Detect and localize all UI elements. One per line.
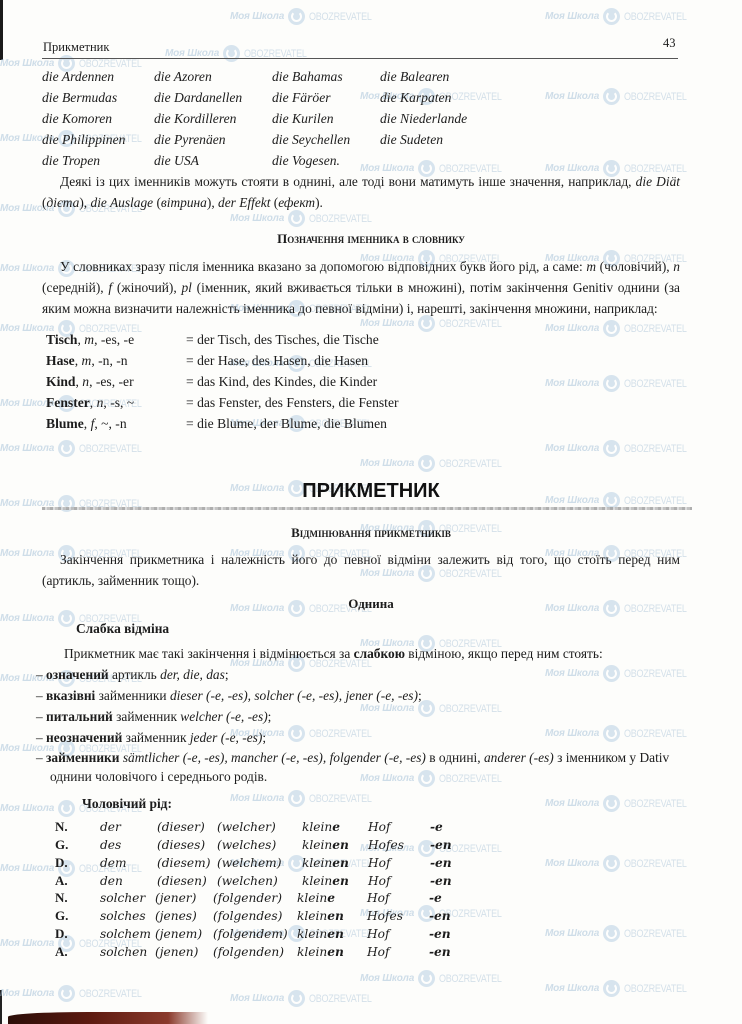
declension-row: D.solchem(jenem)(folgendem)kleinenHof-en [55, 925, 469, 943]
noun-item: die Ardennen [42, 66, 154, 87]
dictionary-intro: У словниках зразу після іменника вказано… [42, 256, 680, 319]
adjective: kleinen [297, 925, 367, 943]
article: solcher [100, 889, 155, 907]
brand-logo-icon [603, 980, 620, 997]
watermark: Моя ШколаOBOZREVATEL [545, 320, 700, 337]
noun-item: die Bermudas [42, 87, 154, 108]
declension-heading: Слабка відміна [76, 621, 169, 637]
ending: -en [429, 925, 469, 943]
brand-logo-icon [603, 925, 620, 942]
dictionary-entry: Blume, f, ~, -n= die Blume, der Blume, d… [46, 413, 399, 434]
noun-item: die USA [154, 150, 272, 171]
declension-table-2: N.solcher(jener)(folgender)kleineHof-eG.… [55, 889, 469, 961]
ending: -e [430, 818, 470, 836]
brand-logo-icon [288, 790, 305, 807]
case-label: N. [55, 889, 100, 907]
noun-row: die Ardennendie Azorendie Bahamasdie Bal… [42, 66, 500, 87]
noun-item: die Azoren [154, 66, 272, 87]
conditions-list-last: – займенники sämtlicher (-e, -es), manch… [36, 748, 686, 786]
ending: -en [430, 854, 470, 872]
case-label: D. [55, 854, 100, 872]
noun-item: die Dardanellen [154, 87, 272, 108]
brand-logo-icon [603, 440, 620, 457]
entry-gender: m [82, 353, 92, 368]
scan-edge [0, 990, 2, 1024]
watermark: Моя ШколаOBOZREVATEL [545, 88, 700, 105]
watermark: Моя ШколаOBOZREVATEL [545, 375, 700, 392]
article: der [100, 818, 157, 836]
noun-item: die Bahamas [272, 66, 380, 87]
watermark: Моя ШколаOBOZREVATEL [545, 795, 700, 812]
declension-row: A.den(diesen)(welchen)kleinenHof-en [55, 872, 470, 890]
scan-artifact [8, 1012, 208, 1024]
declension-row: N.solcher(jener)(folgender)kleineHof-e [55, 889, 469, 907]
noun: Hofes [368, 836, 430, 854]
noun-item: die Komoren [42, 108, 154, 129]
ending: -en [430, 872, 470, 890]
entry-endings: , -es, -er [89, 374, 134, 389]
running-head: Прикметник [43, 40, 109, 55]
dictionary-entry: Hase, m, -n, -n= der Hase, des Hasen, di… [46, 350, 399, 371]
noun: Hof [368, 872, 430, 890]
entry-endings: , -es, -e [94, 332, 134, 347]
noun-item: die Kordilleren [154, 108, 272, 129]
watermark: Моя ШколаOBOZREVATEL [230, 8, 385, 25]
brand-logo-icon [603, 8, 620, 25]
declension-table-1: N.der(dieser)(welcher)kleineHof-eG.des(d… [55, 818, 470, 890]
pronoun-1: (jenen) [155, 943, 213, 961]
case-label: D. [55, 925, 100, 943]
noun: Hofes [367, 907, 429, 925]
noun-item: die Niederlande [380, 108, 500, 129]
masculine-heading: Чоловічий рід: [82, 796, 172, 812]
noun-item: die Tropen [42, 150, 154, 171]
declension-row: A.solchen(jenen)(folgenden)kleinenHof-en [55, 943, 469, 961]
adjective-intro: Закінчення прикметника і належність його… [42, 549, 680, 591]
adjective: kleinen [297, 943, 367, 961]
dictionary-entry: Kind, n, -es, -er= das Kind, des Kindes,… [46, 371, 399, 392]
entry-forms: = der Tisch, des Tisches, die Tische [186, 329, 379, 350]
singular-note: Деякі із цих іменників можуть стояти в о… [42, 171, 680, 213]
noun: Hof [367, 889, 429, 907]
adjective: kleinen [297, 907, 367, 925]
pronoun-2: (folgendem) [213, 925, 297, 943]
ending: -en [429, 907, 469, 925]
entry-word: Blume [46, 416, 84, 431]
noun: Hof [368, 818, 430, 836]
section-heading: Відмінювання прикметників [0, 525, 742, 541]
entry-lemma: Blume, f, ~, -n [46, 413, 186, 434]
watermark: Моя ШколаOBOZREVATEL [360, 455, 515, 472]
watermark: Моя ШколаOBOZREVATEL [545, 980, 700, 997]
watermark: Моя ШколаOBOZREVATEL [545, 925, 700, 942]
pronoun-2: (welches) [217, 836, 302, 854]
adjective: kleine [297, 889, 367, 907]
article: solchem [100, 925, 155, 943]
pronoun-2: (folgendes) [213, 907, 297, 925]
noun-row: die Komorendie Kordillerendie Kurilendie… [42, 108, 500, 129]
pronoun-1: (dieses) [157, 836, 217, 854]
dictionary-examples: Tisch, m, -es, -e= der Tisch, des Tische… [46, 329, 399, 434]
entry-endings: , -n, -n [91, 353, 127, 368]
article: solchen [100, 943, 155, 961]
declension-row: G.solches(jenes)(folgendes)kleinenHofes-… [55, 907, 469, 925]
list-item: – неозначений займенник jeder (-e, -es); [36, 727, 686, 748]
declension-row: G.des(dieses)(welches)kleinenHofes-en [55, 836, 470, 854]
brand-logo-icon [603, 375, 620, 392]
watermark: Моя ШколаOBOZREVATEL [230, 990, 385, 1007]
noun-item: die Balearen [380, 66, 500, 87]
weak-intro: Прикметник має такі закінчення і відміню… [64, 643, 684, 664]
ending: -en [429, 943, 469, 961]
pronoun-1: (jener) [155, 889, 213, 907]
pronoun-1: (diesen) [157, 872, 217, 890]
article: den [100, 872, 157, 890]
list-item: – займенники sämtlicher (-e, -es), manch… [36, 748, 686, 786]
noun-item: die Kurilen [272, 108, 380, 129]
noun-row: die Philippinendie Pyrenäendie Seychelle… [42, 129, 500, 150]
noun-item: die Pyrenäen [154, 129, 272, 150]
pronoun-1: (jenes) [155, 907, 213, 925]
pronoun-2: (welchem) [217, 854, 302, 872]
watermark: Моя ШколаOBOZREVATEL [0, 985, 155, 1002]
adjective: kleinen [302, 854, 368, 872]
article: solches [100, 907, 155, 925]
chapter-rule [42, 507, 692, 510]
number-heading: Однина [0, 596, 742, 612]
brand-logo-icon [418, 970, 435, 987]
brand-logo-icon [418, 455, 435, 472]
brand-logo-icon [58, 610, 75, 627]
entry-lemma: Fenster, n, -s, ~ [46, 392, 186, 413]
entry-word: Kind [46, 374, 75, 389]
entry-forms: = das Kind, des Kindes, die Kinder [186, 371, 377, 392]
article: dem [100, 854, 157, 872]
noun-row: die Tropendie USAdie Vogesen. [42, 150, 500, 171]
entry-gender: m [84, 332, 94, 347]
entry-forms: = die Blume, der Blume, die Blumen [186, 413, 387, 434]
brand-logo-icon [603, 795, 620, 812]
noun: Hof [367, 925, 429, 943]
article: des [100, 836, 157, 854]
adjective: kleine [302, 818, 368, 836]
brand-logo-icon [288, 8, 305, 25]
scan-edge [0, 0, 3, 60]
noun: Hof [367, 943, 429, 961]
list-item: – означений артикль der, die, das; [36, 664, 686, 685]
entry-forms: = der Hase, des Hasen, die Hasen [186, 350, 368, 371]
noun-item: die Färöer [272, 87, 380, 108]
noun-item: die Philippinen [42, 129, 154, 150]
list-item: – питальний займенник welcher (-e, -es); [36, 706, 686, 727]
pronoun-1: (dieser) [157, 818, 217, 836]
section-heading: Позначення іменника в словнику [0, 231, 742, 247]
page-number: 43 [663, 36, 676, 51]
case-label: A. [55, 872, 100, 890]
brand-logo-icon [58, 440, 75, 457]
brand-logo-icon [58, 800, 75, 817]
entry-word: Hase [46, 353, 75, 368]
entry-endings: , ~, -n [94, 416, 126, 431]
noun-item: die Sudeten [380, 129, 500, 150]
case-label: G. [55, 907, 100, 925]
case-label: N. [55, 818, 100, 836]
adjective: kleinen [302, 836, 368, 854]
list-item: – вказівні займенники dieser (-e, -es), … [36, 685, 686, 706]
entry-forms: = das Fenster, des Fensters, die Fenster [186, 392, 399, 413]
noun: Hof [368, 854, 430, 872]
watermark: Моя ШколаOBOZREVATEL [545, 855, 700, 872]
entry-lemma: Kind, n, -es, -er [46, 371, 186, 392]
document-page: Моя ШколаOBOZREVATELМоя ШколаOBOZREVATEL… [0, 0, 742, 1024]
entry-word: Tisch [46, 332, 77, 347]
noun-item: die Vogesen. [272, 150, 380, 171]
chapter-title: ПРИКМЕТНИК [0, 480, 742, 503]
header-rule [42, 58, 678, 59]
conditions-list: – означений артикль der, die, das;– вказ… [36, 664, 686, 748]
entry-lemma: Tisch, m, -es, -e [46, 329, 186, 350]
declension-row: N.der(dieser)(welcher)kleineHof-e [55, 818, 470, 836]
ending: -e [429, 889, 469, 907]
pronoun-2: (folgenden) [213, 943, 297, 961]
dictionary-entry: Tisch, m, -es, -e= der Tisch, des Tische… [46, 329, 399, 350]
noun-item [380, 150, 500, 171]
declension-row: D.dem(diesem)(welchem)kleinenHof-en [55, 854, 470, 872]
plural-nouns-list: die Ardennendie Azorendie Bahamasdie Bal… [42, 66, 500, 171]
dictionary-entry: Fenster, n, -s, ~= das Fenster, des Fens… [46, 392, 399, 413]
noun-item: die Seychellen [272, 129, 380, 150]
adjective: kleinen [302, 872, 368, 890]
watermark: Моя ШколаOBOZREVATEL [545, 440, 700, 457]
brand-logo-icon [58, 985, 75, 1002]
pronoun-1: (diesem) [157, 854, 217, 872]
watermark: Моя ШколаOBOZREVATEL [230, 790, 385, 807]
noun-item: die Karpaten [380, 87, 500, 108]
watermark: Моя ШколаOBOZREVATEL [0, 440, 155, 457]
ending: -en [430, 836, 470, 854]
watermark: Моя ШколаOBOZREVATEL [360, 970, 515, 987]
watermark: Моя ШколаOBOZREVATEL [545, 8, 700, 25]
entry-endings: , -s, ~ [103, 395, 134, 410]
brand-logo-icon [603, 855, 620, 872]
brand-logo-icon [288, 990, 305, 1007]
entry-word: Fenster [46, 395, 90, 410]
brand-logo-icon [603, 320, 620, 337]
watermark: Моя ШколаOBOZREVATEL [165, 45, 320, 62]
pronoun-2: (welchen) [217, 872, 302, 890]
noun-row: die Bermudasdie Dardanellendie Färöerdie… [42, 87, 500, 108]
pronoun-2: (welcher) [217, 818, 302, 836]
brand-logo-icon [603, 88, 620, 105]
pronoun-1: (jenem) [155, 925, 213, 943]
case-label: A. [55, 943, 100, 961]
entry-lemma: Hase, m, -n, -n [46, 350, 186, 371]
pronoun-2: (folgender) [213, 889, 297, 907]
brand-logo-icon [223, 45, 240, 62]
case-label: G. [55, 836, 100, 854]
